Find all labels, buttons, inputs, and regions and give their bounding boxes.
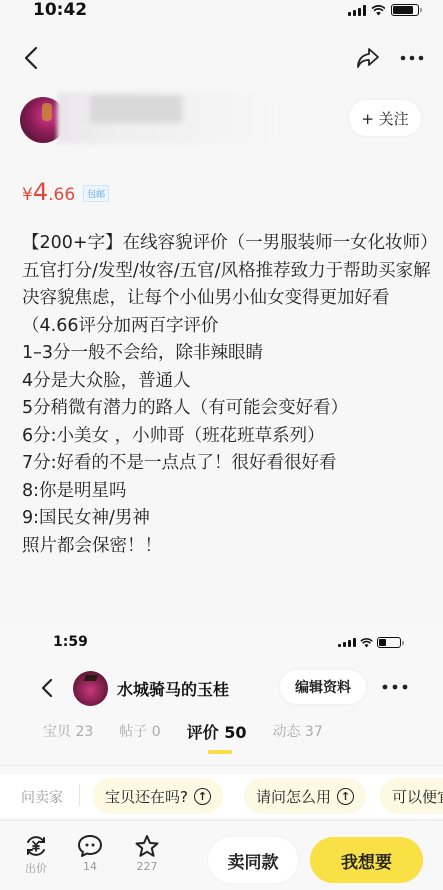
divider: [0, 820, 443, 821]
status-time: 10:42: [33, 0, 87, 20]
embedded-status-icons: [338, 637, 401, 648]
battery-icon: [377, 637, 401, 648]
chevron-left-icon[interactable]: [20, 44, 44, 72]
sell-same-button[interactable]: 卖同款: [208, 837, 298, 883]
signal-icon: [338, 638, 356, 647]
desc-line: 9:国民女神/男神: [22, 505, 432, 533]
seller-row: + 关注: [0, 95, 443, 155]
desc-line: 4分是大众脸，普通人: [22, 368, 432, 396]
quick-question-chip[interactable]: 可以便宜: [380, 778, 443, 814]
price-row: ¥4.66 包邮: [22, 178, 109, 206]
embedded-status-time: 1:59: [53, 634, 88, 650]
desc-line: 【200+字】在线容貌评价（一男服装师一女化妆师）五官打分/发型/妆容/五官/风…: [22, 230, 432, 340]
desc-line: 照片都会保密！！: [22, 533, 432, 561]
profile-name: 水城骑马的玉桂: [117, 677, 229, 700]
profile-tabs: 宝贝 23 帖子 0 评价 50 动态 37: [43, 721, 349, 744]
seller-info-redacted: [57, 92, 277, 144]
offer-button[interactable]: 出价: [16, 834, 56, 876]
divider: [0, 765, 443, 766]
yuan-cycle-icon: [24, 834, 48, 858]
more-dots-icon[interactable]: [398, 46, 426, 70]
arrow-up-circle-icon: ↑: [337, 788, 354, 805]
nav-bar: [0, 40, 443, 76]
wifi-icon: [371, 5, 386, 16]
quick-question-chip[interactable]: 宝贝还在吗? ↑: [93, 778, 223, 814]
want-button[interactable]: 我想要: [310, 837, 423, 883]
status-bar: 10:42: [0, 0, 443, 28]
embedded-profile-screenshot: 1:59 水城骑马的玉桂 编辑资料 宝贝 23 帖子 0 评价 50 动态 37…: [0, 627, 443, 890]
tab-reviews[interactable]: 评价 50: [187, 720, 247, 743]
follow-button[interactable]: + 关注: [349, 100, 421, 136]
divider: [79, 784, 80, 806]
chat-bubble-icon: [77, 834, 103, 858]
quick-question-chip[interactable]: 请问怎么用 ↑: [244, 778, 366, 814]
desc-line: 7分:好看的不是一点点了！很好看很好看: [22, 450, 432, 478]
free-shipping-badge: 包邮: [83, 185, 109, 202]
profile-header: 水城骑马的玉桂 编辑资料: [0, 667, 443, 709]
chevron-left-icon[interactable]: [38, 677, 56, 699]
item-description: 【200+字】在线容貌评价（一男服装师一女化妆师）五官打分/发型/妆容/五官/风…: [22, 230, 432, 560]
arrow-up-circle-icon: ↑: [194, 788, 211, 805]
desc-line: 1–3分一般不会给，除非辣眼睛: [22, 340, 432, 368]
desc-line: 6分:小美女 ，小帅哥（班花班草系列）: [22, 423, 432, 451]
ask-seller-label: 问卖家: [21, 787, 63, 807]
ask-seller-bar: 问卖家 宝贝还在吗? ↑ 请问怎么用 ↑ 可以便宜: [0, 774, 443, 818]
desc-line: 8:你是明星吗: [22, 478, 432, 506]
tab-posts[interactable]: 帖子 0: [119, 721, 160, 744]
bottom-action-bar: 出价 14 227 卖同款 我想要: [0, 830, 443, 890]
tab-activity[interactable]: 动态 37: [272, 721, 322, 744]
price: ¥4.66: [22, 178, 75, 206]
signal-icon: [348, 5, 366, 16]
profile-avatar[interactable]: [73, 671, 108, 706]
battery-icon: [391, 4, 419, 16]
wifi-icon: [360, 638, 373, 648]
edit-profile-button[interactable]: 编辑资料: [280, 670, 366, 704]
favorite-button[interactable]: 227: [127, 834, 167, 873]
star-icon: [134, 834, 160, 858]
share-icon[interactable]: [355, 46, 381, 70]
tab-items[interactable]: 宝贝 23: [43, 721, 93, 744]
status-icons: [348, 4, 419, 16]
comment-button[interactable]: 14: [70, 834, 110, 873]
desc-line: 5分稍微有潜力的路人（有可能会变好看）: [22, 395, 432, 423]
more-dots-icon[interactable]: [380, 679, 410, 695]
